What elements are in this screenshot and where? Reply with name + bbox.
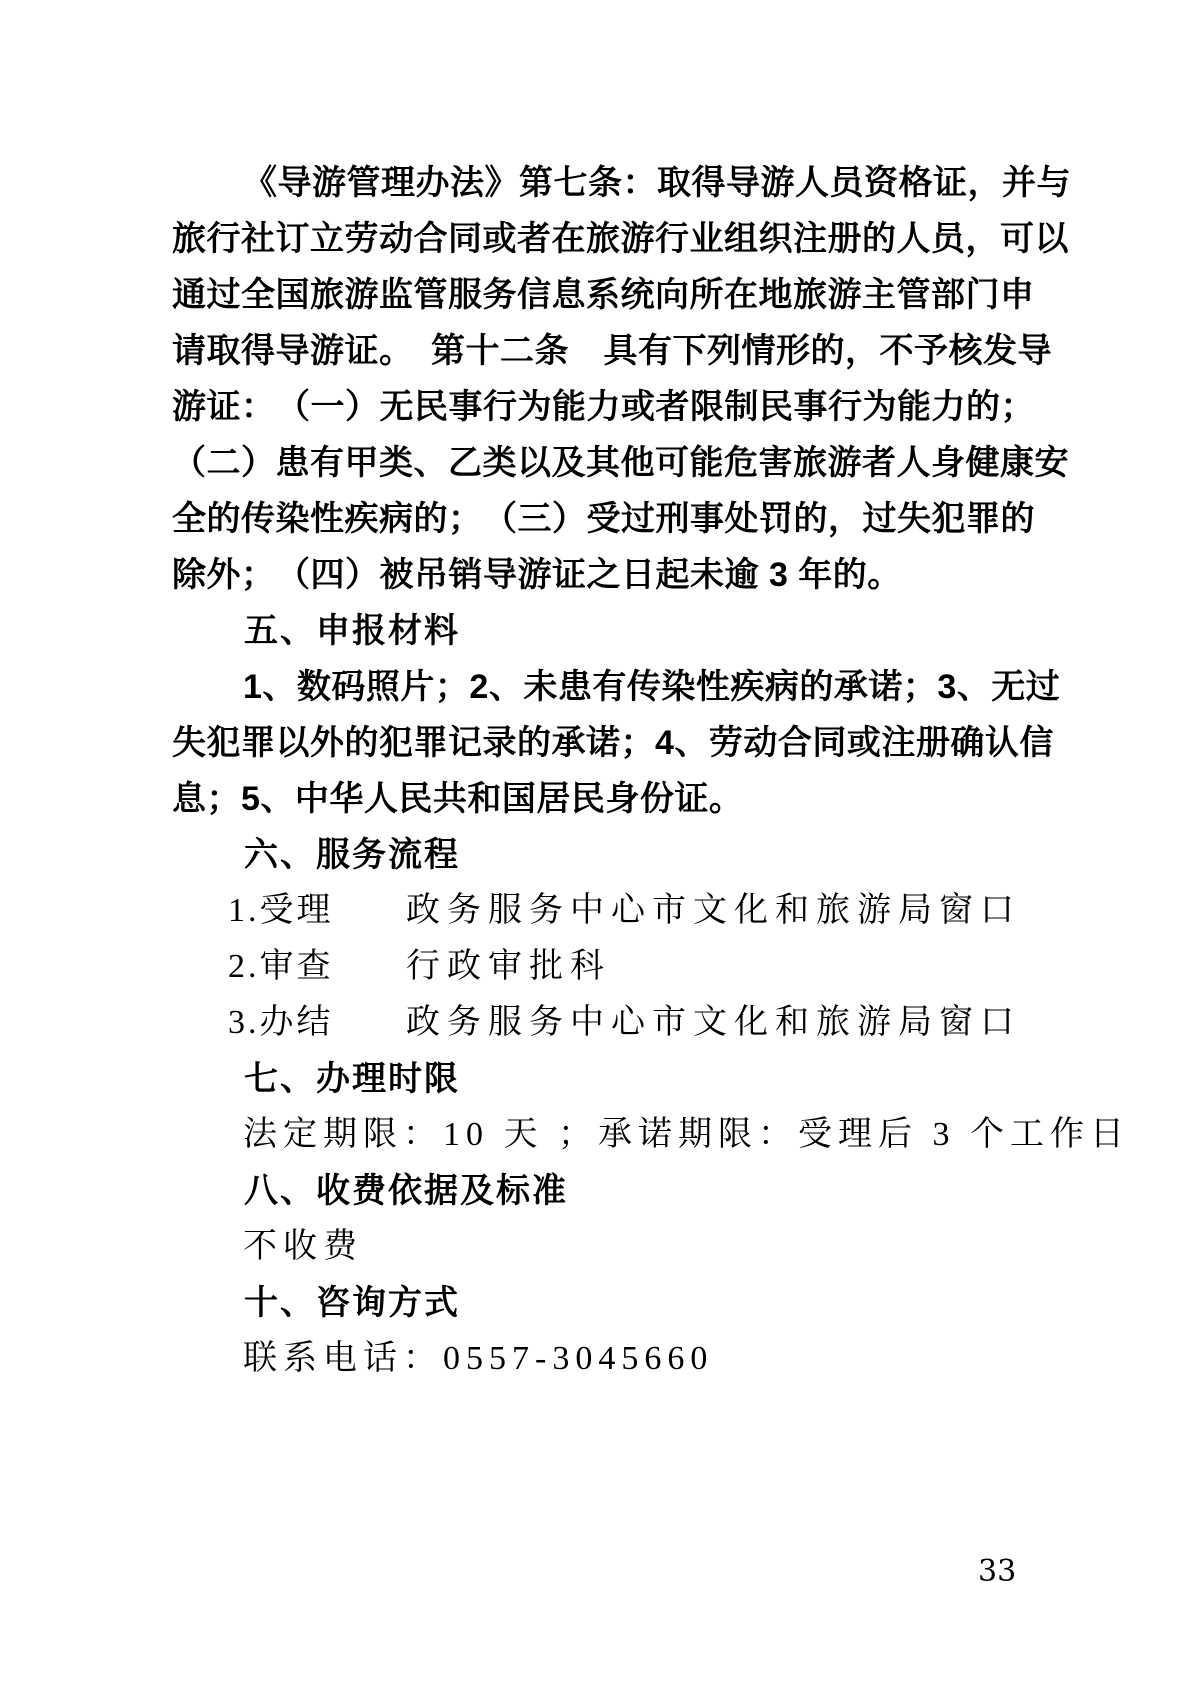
flow-step-description: 行政审批科	[406, 948, 611, 985]
detail-line: 法定期限：10 天 ；承诺期限：受理后 3 个工作日	[172, 1107, 1024, 1163]
flow-step-label: 1.受理	[228, 883, 406, 939]
document-page: 《导游管理办法》第七条：取得导游人员资格证，并与旅行社订立劳动合同或者在旅游行业…	[0, 0, 1190, 1683]
document-content: 《导游管理办法》第七条：取得导游人员资格证，并与旅行社订立劳动合同或者在旅游行业…	[172, 155, 1024, 1387]
flow-step-label: 2.审查	[228, 939, 406, 995]
section-heading: 十、咨询方式	[172, 1275, 1024, 1331]
flow-step: 3.办结政务服务中心市文化和旅游局窗口	[172, 995, 1024, 1051]
paragraph-line: 1、数码照片；2、未患有传染性疾病的承诺；3、无过	[172, 659, 1024, 715]
paragraph-line: 失犯罪以外的犯罪记录的承诺；4、劳动合同或注册确认信	[172, 715, 1024, 771]
section-heading: 七、办理时限	[172, 1051, 1024, 1107]
flow-step-label: 3.办结	[228, 995, 406, 1051]
flow-step: 1.受理政务服务中心市文化和旅游局窗口	[172, 883, 1024, 939]
paragraph-line: 游证： （一）无民事行为能力或者限制民事行为能力的；	[172, 379, 1024, 435]
paragraph-line: 除外； （四）被吊销导游证之日起未逾 3 年的。	[172, 547, 1024, 603]
section-heading: 五、申报材料	[172, 603, 1024, 659]
paragraph-line: （二）患有甲类、乙类以及其他可能危害旅游者人身健康安	[172, 435, 1024, 491]
page-number: 33	[978, 1552, 1016, 1592]
paragraph-line: 旅行社订立劳动合同或者在旅游行业组织注册的人员，可以	[172, 211, 1024, 267]
detail-line: 联系电话：0557-3045660	[172, 1331, 1024, 1387]
paragraph-line: 《导游管理办法》第七条：取得导游人员资格证，并与	[172, 155, 1024, 211]
flow-step-description: 政务服务中心市文化和旅游局窗口	[406, 892, 1021, 929]
section-heading: 六、服务流程	[172, 827, 1024, 883]
flow-step: 2.审查行政审批科	[172, 939, 1024, 995]
paragraph-line: 息；5、中华人民共和国居民身份证。	[172, 771, 1024, 827]
flow-step-description: 政务服务中心市文化和旅游局窗口	[406, 1004, 1021, 1041]
paragraph-line: 请取得导游证。 第十二条 具有下列情形的，不予核发导	[172, 323, 1024, 379]
paragraph-line: 全的传染性疾病的； （三）受过刑事处罚的，过失犯罪的	[172, 491, 1024, 547]
paragraph-line: 通过全国旅游监管服务信息系统向所在地旅游主管部门申	[172, 267, 1024, 323]
section-heading: 八、收费依据及标准	[172, 1163, 1024, 1219]
detail-line: 不收费	[172, 1219, 1024, 1275]
